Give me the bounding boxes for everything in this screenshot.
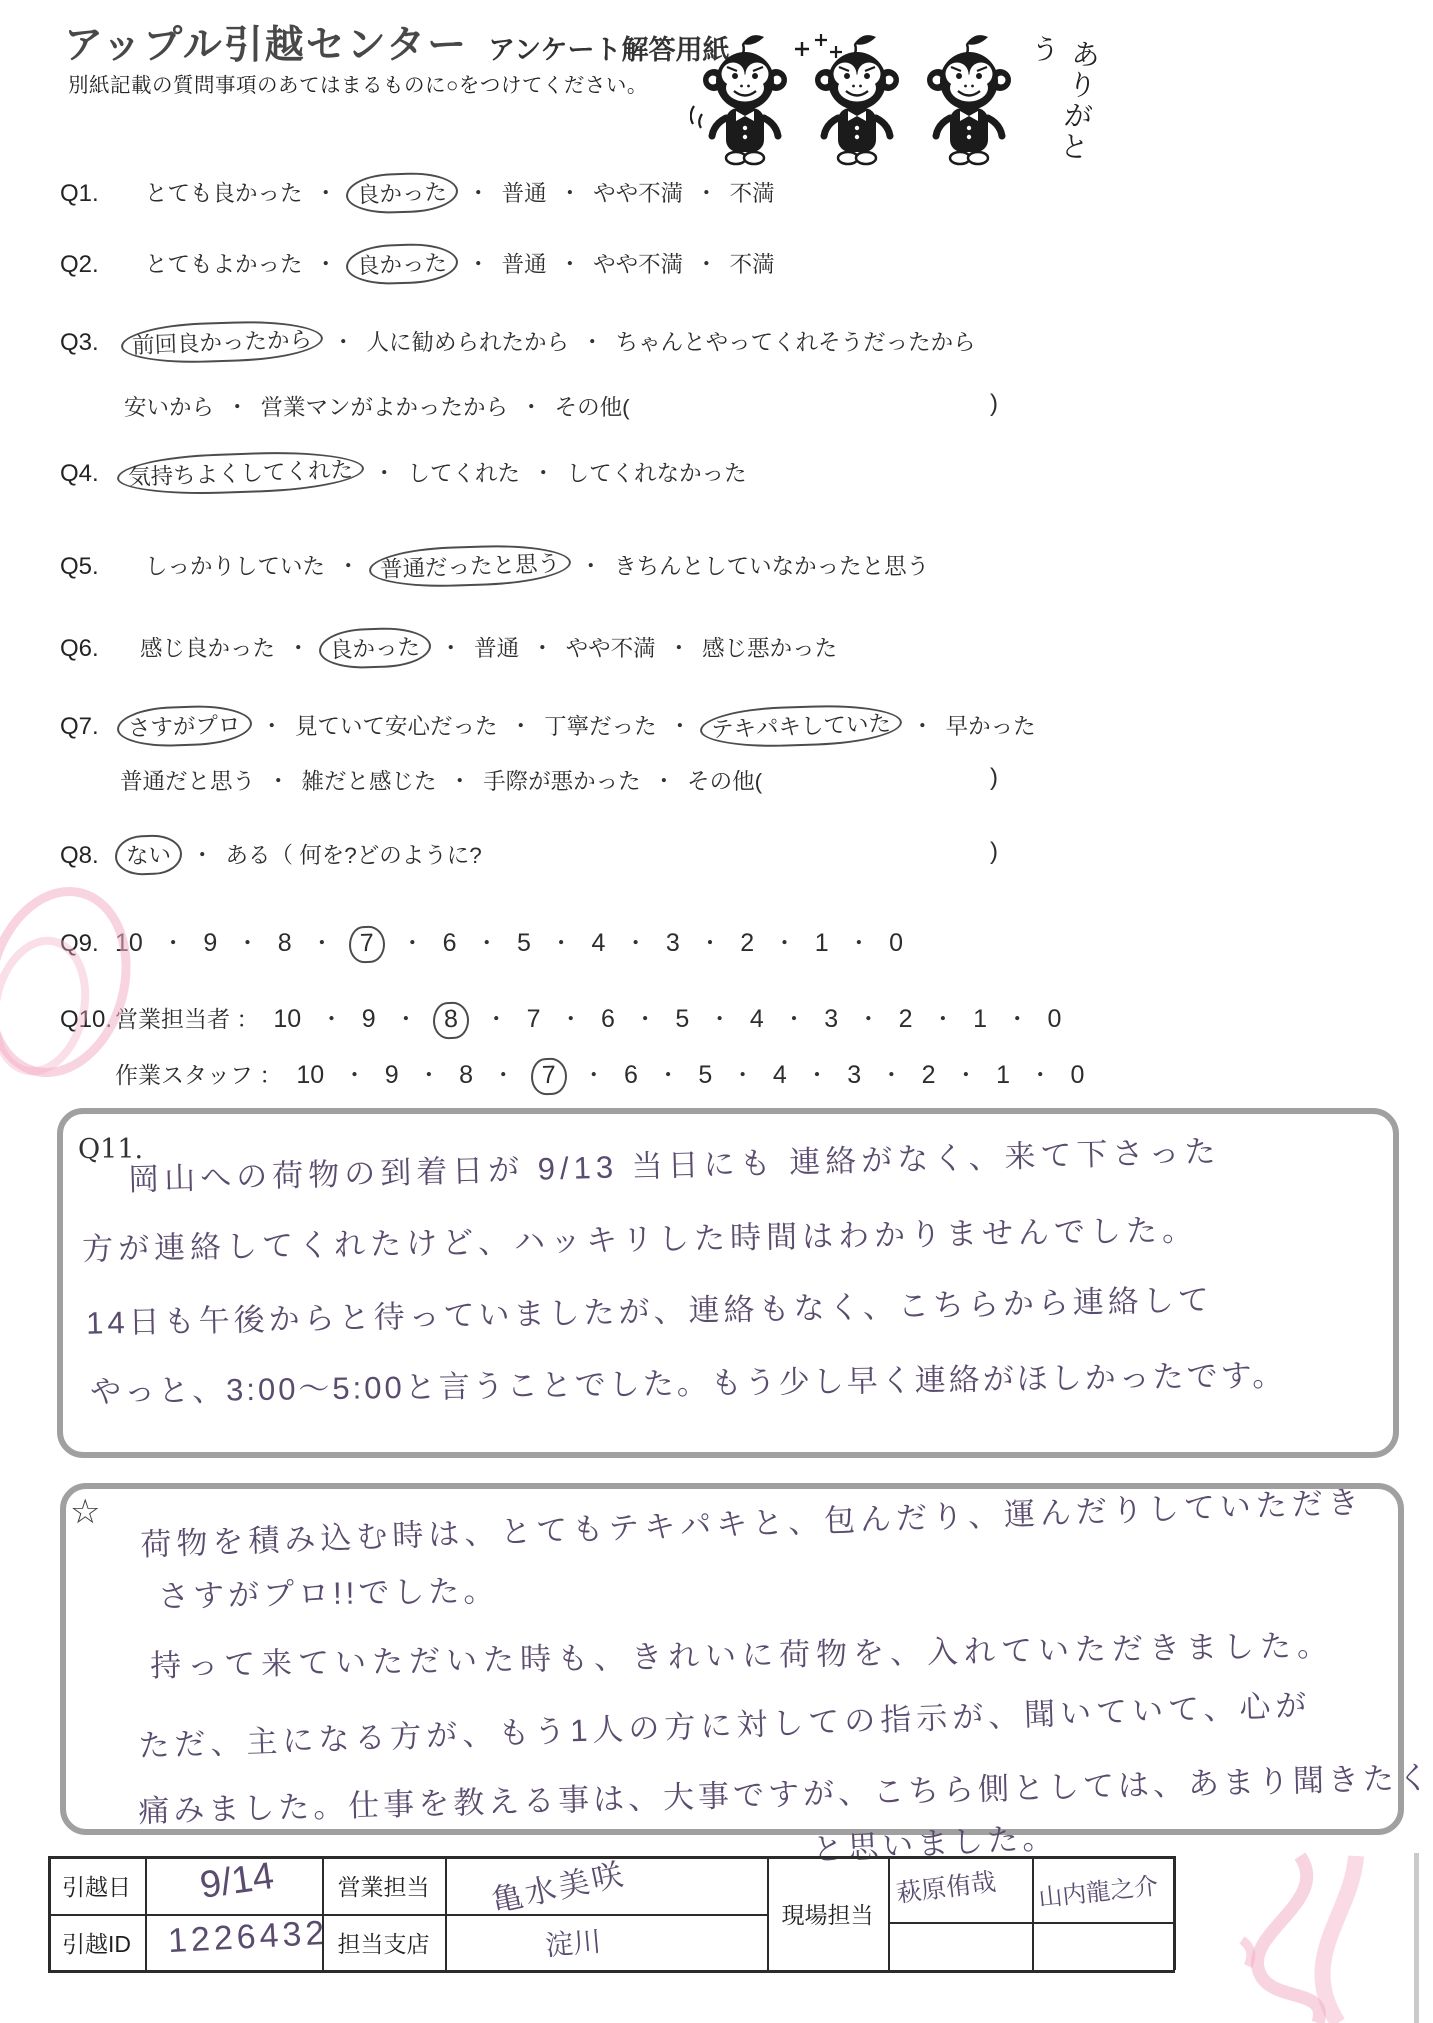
option-separator: ・	[559, 252, 582, 277]
table-border	[145, 1856, 147, 1970]
option-separator: ・	[315, 252, 338, 277]
table-border	[48, 1970, 1175, 1973]
question-row: 安いから・営業マンがよかったから・その他()	[60, 390, 1405, 422]
option: 手際が悪かった	[483, 769, 641, 794]
option-separator: ・	[476, 931, 499, 956]
option: 8	[278, 929, 292, 957]
option: 5	[675, 1005, 689, 1033]
option-separator: ・	[267, 769, 290, 794]
selected-option: 普通だったと思う	[368, 542, 571, 589]
option: 営業マンがよかったから	[261, 395, 509, 420]
monkey-icon	[703, 35, 787, 164]
sales-label: 営業担当	[322, 1856, 445, 1914]
option: とても良かった	[145, 181, 303, 206]
option: やや不満	[593, 252, 683, 277]
option: ちゃんとやってくれそうだったから	[616, 330, 976, 355]
option-separator: ・	[315, 181, 338, 206]
option-separator: ・	[226, 395, 249, 420]
option: 見ていて安心だった	[295, 714, 498, 739]
option: してくれなかった	[567, 461, 747, 486]
question-row: Q7.さすがプロ・見ていて安心だった・丁寧だった・テキパキしていた・早かった	[60, 709, 1405, 743]
option: 普通	[502, 181, 547, 206]
option: 10	[273, 1005, 301, 1033]
close-paren: )	[990, 764, 998, 792]
option: 9	[362, 1005, 376, 1033]
option-separator: ・	[550, 931, 573, 956]
table-border	[48, 1914, 767, 1916]
option: 9	[385, 1061, 399, 1089]
option-separator: ・	[332, 330, 355, 355]
question-label: Q1.	[60, 180, 145, 208]
option: やや不満	[566, 636, 656, 661]
selected-option: 良かった	[345, 242, 458, 286]
sales-value: 亀水美咲	[487, 1848, 629, 1920]
option-separator: ・	[373, 461, 396, 486]
option: 0	[889, 929, 903, 957]
option-separator: ・	[261, 714, 284, 739]
brand-title: アップル引越センター	[64, 14, 468, 70]
option: 感じ良かった	[140, 636, 275, 661]
option-separator: ・	[559, 181, 582, 206]
question-label: Q7.	[60, 713, 120, 741]
option: 安いから	[124, 395, 214, 420]
site-name-1: 萩原侑哉	[894, 1862, 998, 1910]
option: 2	[899, 1005, 913, 1033]
option: 8	[459, 1061, 473, 1089]
option-separator: ・	[932, 1007, 955, 1032]
table-border	[322, 1856, 324, 1970]
move-date-label: 引越日	[48, 1856, 145, 1914]
question-row: Q4.気持ちよくしてくれた・してくれた・してくれなかった	[60, 456, 1405, 490]
option-separator: ・	[731, 1063, 754, 1088]
close-paren: )	[990, 838, 998, 866]
scale-prefix: 作業スタッフ ：	[115, 1062, 282, 1088]
table-border	[1032, 1856, 1034, 1970]
option: 5	[698, 1061, 712, 1089]
option: 1	[973, 1005, 987, 1033]
question-row: Q3.前回良かったから・人に勧められたから・ちゃんとやってくれそうだったから	[60, 325, 1405, 359]
option-separator: ・	[783, 1007, 806, 1032]
option-separator: ・	[418, 1063, 441, 1088]
option-separator: ・	[510, 714, 533, 739]
move-id-label: 引越ID	[48, 1914, 145, 1970]
option: 10	[115, 929, 143, 957]
option: 普通	[502, 252, 547, 277]
option: 感じ悪かった	[702, 636, 837, 661]
option: 0	[1048, 1005, 1062, 1033]
option: 3	[824, 1005, 838, 1033]
option: 雑だと感じた	[302, 769, 437, 794]
table-border	[445, 1856, 447, 1970]
motion-lines-icon	[691, 106, 702, 128]
option-separator: ・	[668, 636, 691, 661]
question-row: Q2.とてもよかった・良かった・普通・やや不満・不満	[60, 247, 1405, 281]
option-separator: ・	[449, 769, 472, 794]
question-row: Q10.営業担当者 ：10・9・8・7・6・5・4・3・2・1・0	[60, 1001, 1405, 1036]
option: とてもよかった	[145, 252, 303, 277]
branch-value: 淀川	[543, 1920, 602, 1965]
option-separator: ・	[857, 1007, 880, 1032]
site-name-2: 山内龍之介	[1036, 1866, 1159, 1913]
option-separator: ・	[955, 1063, 978, 1088]
option: 普通	[474, 636, 519, 661]
option-separator: ・	[848, 931, 871, 956]
option-separator: ・	[695, 252, 718, 277]
option-separator: ・	[806, 1063, 829, 1088]
thanks-note: ありがとう	[1008, 32, 1106, 181]
question-row: 普通だと思う・雑だと感じた・手際が悪かった・その他()	[60, 764, 1405, 796]
site-label: 現場担当	[767, 1856, 888, 1970]
option-separator: ・	[657, 1063, 680, 1088]
monkey-icon	[815, 35, 899, 164]
question-row: Q9.10・9・8・7・6・5・4・3・2・1・0	[60, 926, 1405, 960]
close-paren: )	[990, 390, 998, 418]
option-separator: ・	[191, 843, 214, 868]
move-id-value: 1226432	[167, 1914, 329, 1961]
option-separator: ・	[669, 714, 692, 739]
option: しっかりしていた	[145, 554, 325, 579]
option: 6	[443, 929, 457, 957]
selected-option: 気持ちよくしてくれた	[116, 449, 364, 498]
table-border	[888, 1856, 890, 1970]
question-label: Q6.	[60, 635, 140, 663]
option-separator: ・	[485, 1007, 508, 1032]
option-separator: ・	[582, 1063, 605, 1088]
selected-option: 7	[349, 925, 386, 963]
option-separator: ・	[492, 1063, 515, 1088]
question-label: Q3.	[60, 329, 124, 357]
option-separator: ・	[520, 395, 543, 420]
option-separator: ・	[1006, 1007, 1029, 1032]
option-separator: ・	[699, 931, 722, 956]
question-label: Q8.	[60, 842, 118, 870]
option: 1	[815, 929, 829, 957]
selected-option: 8	[433, 1001, 470, 1039]
question-row: 作業スタッフ ：10・9・8・7・6・5・4・3・2・1・0	[60, 1057, 1405, 1092]
option-separator: ・	[337, 554, 360, 579]
option-separator: ・	[708, 1007, 731, 1032]
option: 9	[203, 929, 217, 957]
option: 6	[624, 1061, 638, 1089]
option-separator: ・	[531, 636, 554, 661]
option-separator: ・	[559, 1007, 582, 1032]
selected-option: 良かった	[318, 626, 431, 670]
star-comment-line: さすがプロ!!でした。	[158, 1565, 499, 1616]
option: 4	[750, 1005, 764, 1033]
question-row: Q8.ない・ある（ 何を?どのように?)	[60, 838, 1405, 872]
branch-label: 担当支店	[322, 1914, 445, 1970]
option-separator: ・	[532, 461, 555, 486]
option-separator: ・	[580, 554, 603, 579]
option: 3	[847, 1061, 861, 1089]
instruction-text: 別紙記載の質問事項のあてはまるものに○をつけてください。	[68, 68, 648, 98]
question-row: Q5.しっかりしていた・普通だったと思う・きちんとしていなかったと思う	[60, 549, 1405, 583]
monkey-icon	[927, 35, 1011, 164]
table-border	[1173, 1856, 1176, 1970]
sparkle-plus-icons	[795, 34, 842, 58]
option: 4	[591, 929, 605, 957]
option: ある（ 何を?どのように?	[226, 843, 482, 868]
option: きちんとしていなかったと思う	[614, 554, 929, 579]
selected-option: 7	[530, 1057, 567, 1095]
option: その他(	[687, 769, 762, 794]
question-label: Q10.	[60, 1006, 115, 1034]
option: 普通だと思う	[120, 769, 255, 794]
table-border	[48, 1856, 51, 1970]
option: 不満	[730, 181, 775, 206]
monkey-icon	[690, 28, 1026, 178]
scan-artifact-line	[1414, 1853, 1419, 2023]
option: 2	[922, 1061, 936, 1089]
option-separator: ・	[440, 636, 463, 661]
survey-sheet: アップル引越センター アンケート解答用紙 別紙記載の質問事項のあてはまるものに○…	[0, 0, 1433, 2023]
selected-option: 良かった	[345, 171, 458, 215]
option: してくれた	[408, 461, 521, 486]
option-separator: ・	[287, 636, 310, 661]
option-separator: ・	[581, 330, 604, 355]
scale-prefix: 営業担当者 ：	[115, 1006, 259, 1032]
option: やや不満	[593, 181, 683, 206]
option-separator: ・	[236, 931, 259, 956]
option-separator: ・	[467, 252, 490, 277]
option-separator: ・	[880, 1063, 903, 1088]
option: 人に勧められたから	[367, 330, 570, 355]
header: アップル引越センター アンケート解答用紙	[64, 14, 730, 70]
option-separator: ・	[467, 181, 490, 206]
option: 0	[1071, 1061, 1085, 1089]
option: 丁寧だった	[544, 714, 657, 739]
option: 3	[666, 929, 680, 957]
option: 6	[601, 1005, 615, 1033]
option-separator: ・	[162, 931, 185, 956]
option-separator: ・	[320, 1007, 343, 1032]
selected-option: さすがプロ	[116, 704, 252, 749]
option-separator: ・	[395, 1007, 418, 1032]
move-date-value: 9/14	[197, 1855, 276, 1908]
question-row: Q6.感じ良かった・良かった・普通・やや不満・感じ悪かった	[60, 631, 1405, 665]
option-separator: ・	[911, 714, 934, 739]
question-label: Q5.	[60, 553, 145, 581]
option: 10	[296, 1061, 324, 1089]
option: 早かった	[946, 714, 1036, 739]
option-separator: ・	[343, 1063, 366, 1088]
option-separator: ・	[653, 769, 676, 794]
option-separator: ・	[695, 181, 718, 206]
option-separator: ・	[401, 931, 424, 956]
option: 7	[527, 1005, 541, 1033]
question-label: Q2.	[60, 251, 145, 279]
option: 4	[773, 1061, 787, 1089]
question-row: Q1.とても良かった・良かった・普通・やや不満・不満	[60, 176, 1405, 210]
option-separator: ・	[1029, 1063, 1052, 1088]
selected-option: ない	[114, 834, 182, 876]
option-separator: ・	[773, 931, 796, 956]
option-separator: ・	[311, 931, 334, 956]
table-border	[48, 1856, 1175, 1859]
table-border	[767, 1856, 769, 1970]
option-separator: ・	[624, 931, 647, 956]
star-icon: ☆	[70, 1492, 100, 1532]
selected-option: 前回良かったから	[120, 318, 323, 365]
question-label: Q9.	[60, 930, 115, 958]
option-separator: ・	[634, 1007, 657, 1032]
option: 不満	[730, 252, 775, 277]
selected-option: テキパキしていた	[699, 702, 902, 749]
mascot-monkeys	[690, 28, 1026, 178]
option: その他(	[555, 395, 630, 420]
option: 1	[996, 1061, 1010, 1089]
question-label: Q4.	[60, 460, 120, 488]
option: 2	[740, 929, 754, 957]
option: 5	[517, 929, 531, 957]
